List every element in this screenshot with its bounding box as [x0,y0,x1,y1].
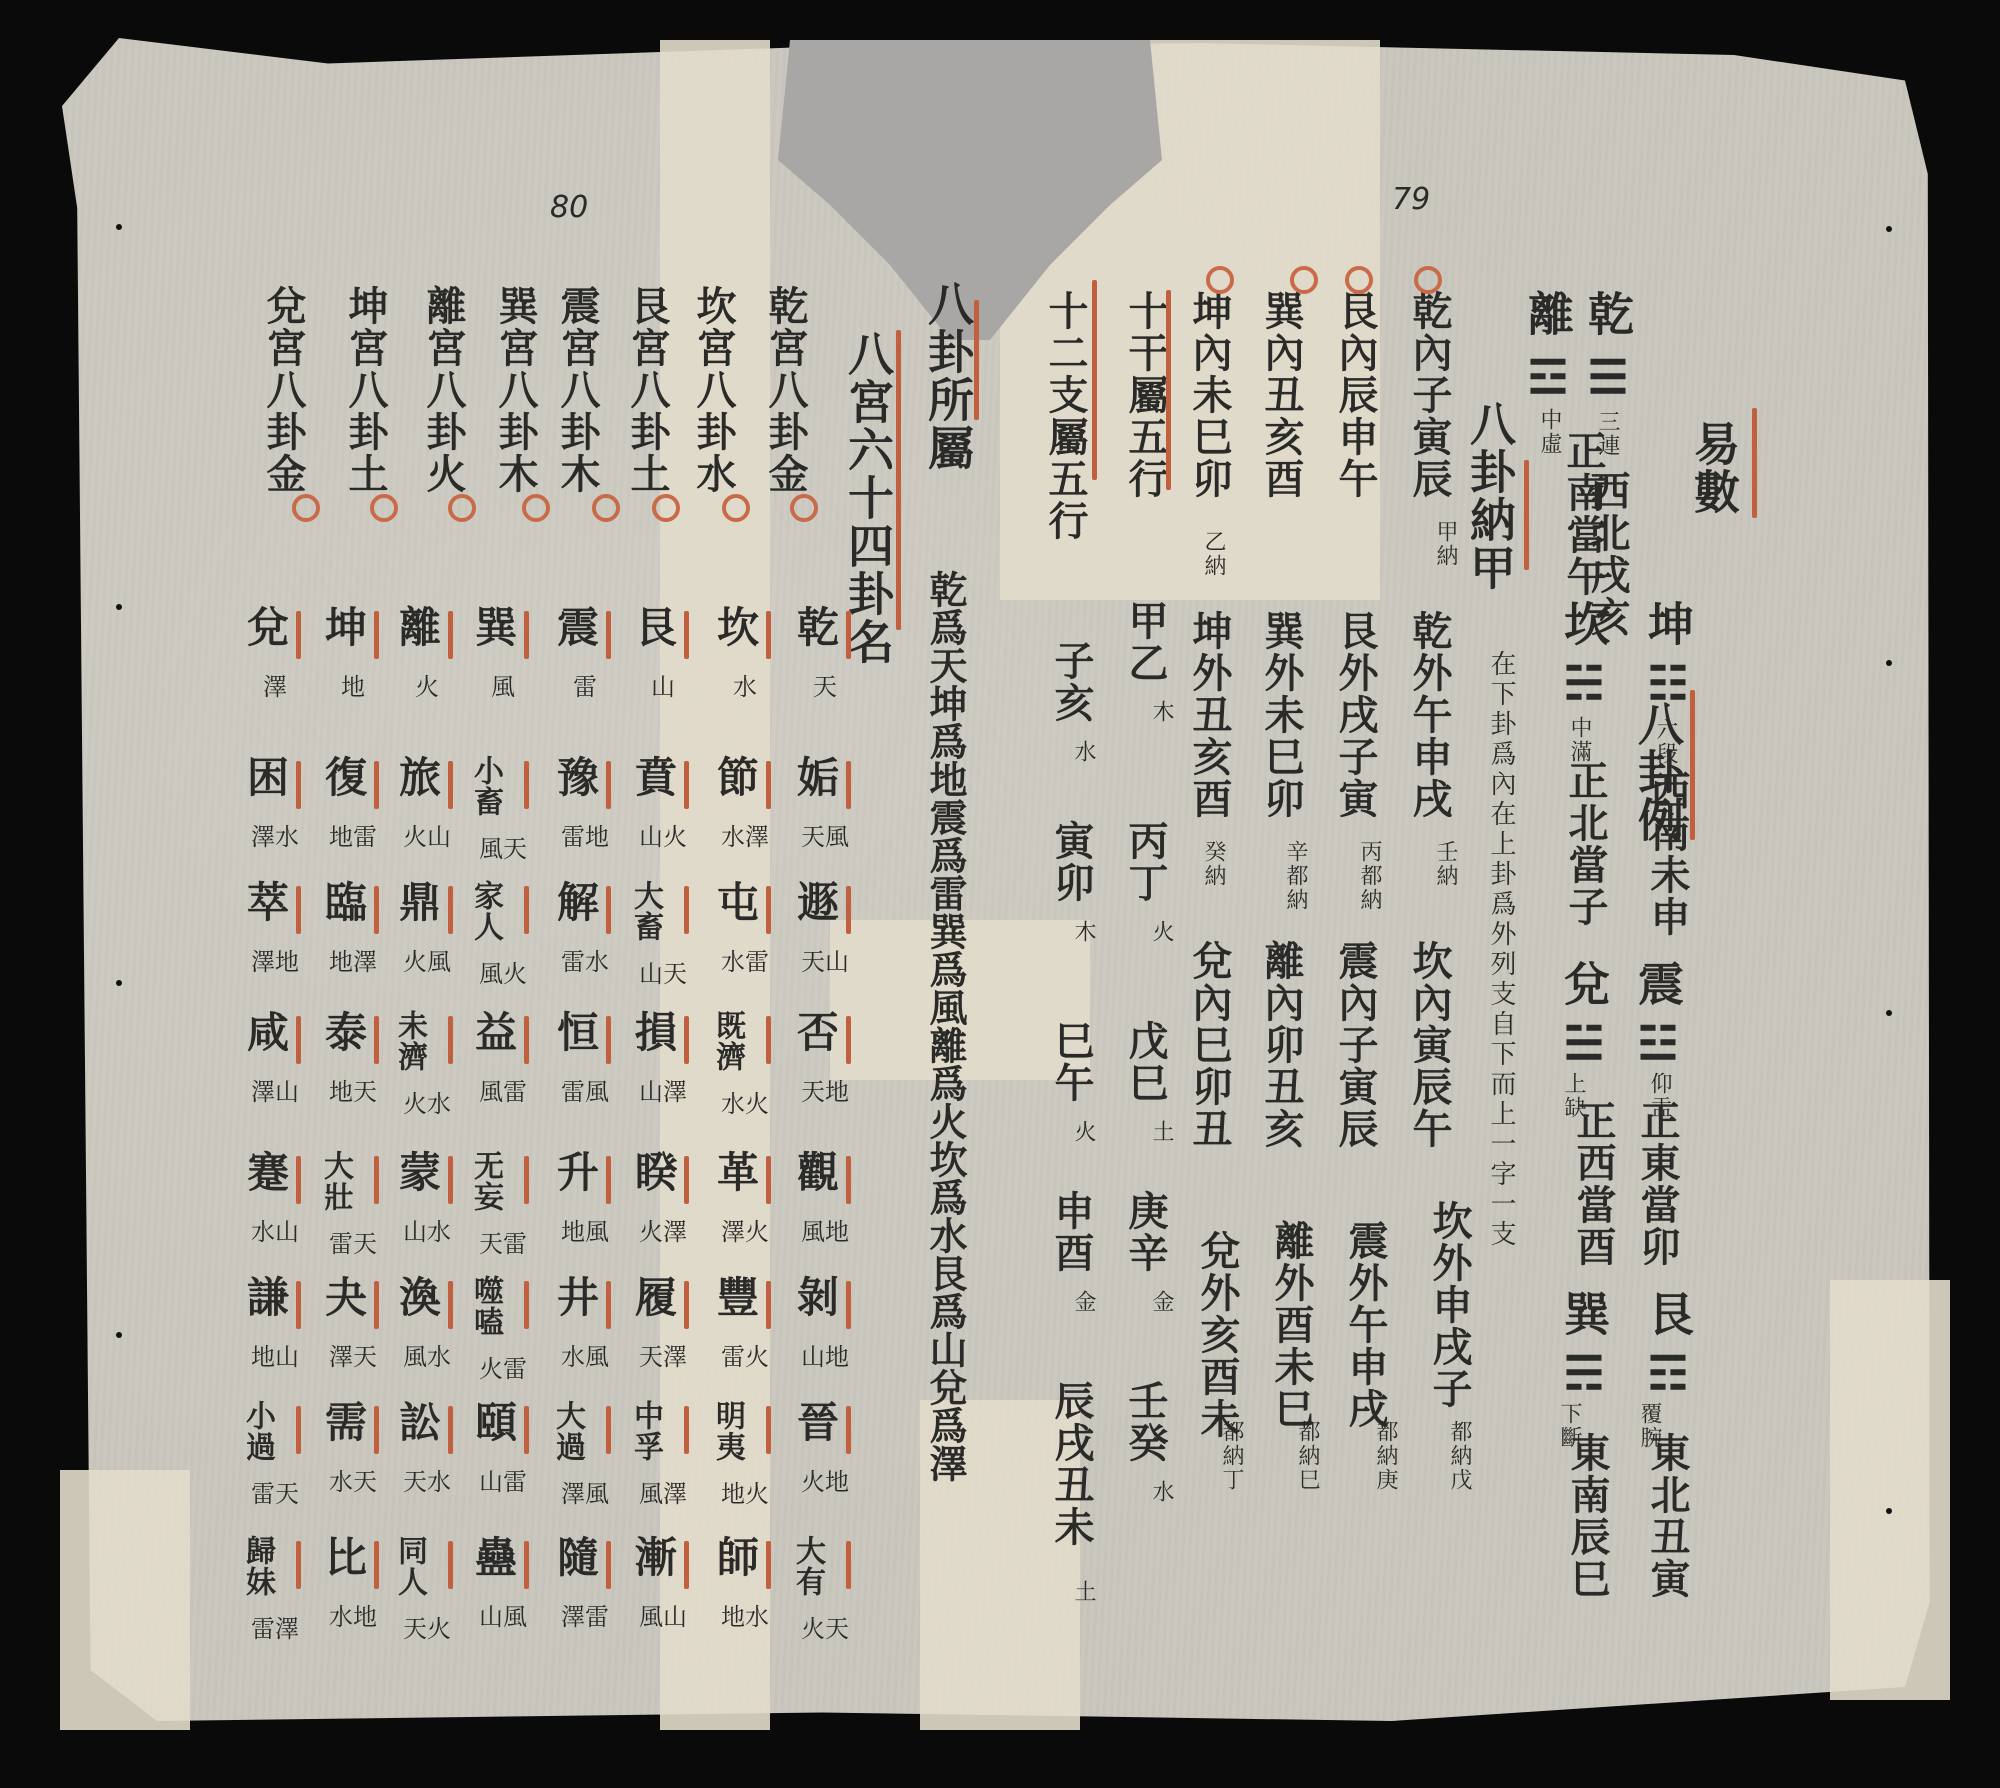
hexagram-trigrams: 山風 [468,1597,538,1632]
hexagram-name: 家人 [468,880,502,942]
section-heading-stems: 十干屬五行 [1120,290,1170,500]
hexagram-trigrams: 火澤 [628,1212,698,1247]
hexagram-cell: 謙地山 [240,1275,300,1318]
rubric-mark [606,1281,611,1329]
rubric-mark [524,1281,529,1329]
najia-na: 都納丁 [1218,1420,1244,1492]
hexagram-cell: 需水天 [318,1400,378,1443]
hexagram-cell: 剝山地 [790,1275,850,1318]
hexagram-name: 損 [628,1010,678,1053]
rubric-mark [524,761,529,809]
hexagram-trigrams: 水 [710,667,780,702]
hexagram-name: 蹇 [240,1150,290,1193]
rubric-mark [448,611,453,659]
rubric-mark [524,1156,529,1204]
hexagram-name: 坤 [318,605,368,648]
hexagram-cell: 節水澤 [710,755,770,798]
rubric-mark [296,886,301,934]
hexagram-name: 恒 [550,1010,600,1053]
hexagram-trigrams: 火地 [790,1462,860,1497]
rubric-mark [766,1541,771,1589]
hexagram-trigrams: 水地 [318,1597,388,1632]
rubric-mark [296,1016,301,1064]
hexagram-trigrams: 澤地 [240,942,310,977]
rubric-mark [766,611,771,659]
hexagram-name: 坎 [710,605,760,648]
hexagram-cell: 震雷 [550,605,610,648]
rubric-mark [448,1016,453,1064]
hexagram-trigrams: 風地 [790,1212,860,1247]
hexagram-trigrams: 風火 [468,954,538,989]
rubric-mark [766,761,771,809]
hexagram-cell: 渙風水 [392,1275,452,1318]
hexagram-cell: 大壯雷天 [318,1150,378,1212]
hexagram-trigrams: 地天 [318,1072,388,1107]
palace-zhen: 震宮八卦木 [552,285,602,495]
stem-element: 水 [1148,1480,1174,1504]
rubric-mark [766,1156,771,1204]
binding-hole [1886,1010,1892,1016]
rubric-circle [522,494,550,522]
rubric-mark [374,1156,379,1204]
hexagram-name: 鼎 [392,880,442,923]
hexagram-cell: 恒雷風 [550,1010,610,1053]
stem-element: 火 [1148,920,1174,944]
rubric-mark [684,1281,689,1329]
rubric-mark [448,761,453,809]
hexagram-trigrams: 山澤 [628,1072,698,1107]
hexagram-name: 歸妹 [240,1535,274,1597]
najia-na: 甲納 [1432,520,1458,568]
hexagram-cell: 觀風地 [790,1150,850,1193]
rubric-mark [374,761,379,809]
hexagram-name: 小過 [240,1400,274,1462]
rubric-mark [524,886,529,934]
rubric-mark [606,886,611,934]
najia-inner-gen: 艮內辰申午 [1330,290,1380,500]
hexagram-cell: 大有火天 [790,1535,850,1597]
hexagram-name: 復 [318,755,368,798]
najia-na: 丙都納 [1356,840,1382,912]
najia-explanation: 在下卦爲內在上卦爲外列支自下而上一字一支 [1486,650,1516,1250]
hexagram-trigrams: 天火 [392,1609,462,1644]
hexagram-cell: 屯水雷 [710,880,770,923]
hexagram-cell: 明夷地火 [710,1400,770,1462]
rubric-mark [684,886,689,934]
rubric-circle [790,494,818,522]
hexagram-trigrams: 火雷 [468,1349,538,1384]
palace-kun: 坤宮八卦土 [340,285,390,495]
najia-outer-kun: 坤外丑亥酉 [1184,610,1234,820]
hexagram-trigrams: 水火 [710,1084,780,1119]
hexagram-trigrams: 雷 [550,667,620,702]
hexagram-trigrams: 地水 [710,1597,780,1632]
hexagram-cell: 履天澤 [628,1275,688,1318]
palace-kan: 坎宮八卦水 [688,285,738,495]
hexagram-trigrams: 地澤 [318,942,388,977]
stem-element: 金 [1148,1290,1174,1314]
hexagram-trigrams: 澤水 [240,817,310,852]
hexagram-cell: 中孚風澤 [628,1400,688,1462]
rubric-mark [766,1406,771,1454]
repair-patch-right [1830,1280,1950,1700]
rubric-mark [448,1156,453,1204]
hexagram-trigrams: 山水 [392,1212,462,1247]
hexagram-name: 泰 [318,1010,368,1053]
hexagram-name: 井 [550,1275,600,1318]
binding-hole [116,604,122,610]
rubric-mark [766,886,771,934]
hexagram-name: 漸 [628,1535,678,1578]
hexagram-name: 大壯 [318,1150,352,1212]
rubric-circle [1414,266,1442,294]
rubric-mark [846,611,851,659]
rubric-mark [896,330,901,630]
rubric-mark [684,1541,689,1589]
hexagram-trigrams: 地火 [710,1474,780,1509]
hexagram-cell: 未濟火水 [392,1010,452,1072]
hexagram-cell: 歸妹雷澤 [240,1535,300,1597]
hexagram-cell: 漸風山 [628,1535,688,1578]
hexagram-trigrams: 山天 [628,954,698,989]
hexagram-cell: 離火 [392,605,452,648]
najia-na: 癸納 [1200,840,1226,888]
hexagram-name: 未濟 [392,1010,426,1072]
hexagram-trigrams: 天 [790,667,860,702]
hexagram-name: 革 [710,1150,760,1193]
rubric-circle [1345,266,1373,294]
branch-element: 金 [1070,1290,1096,1314]
branch-si-wu: 巳午 [1046,1020,1096,1104]
hexagram-cell: 師地水 [710,1535,770,1578]
rubric-mark [296,1281,301,1329]
hexagram-cell: 豫雷地 [550,755,610,798]
hexagram-name: 隨 [550,1535,600,1578]
branch-element: 水 [1070,740,1096,764]
hexagram-cell: 巽風 [468,605,528,648]
hexagram-cell: 萃澤地 [240,880,300,923]
rubric-mark [374,611,379,659]
hexagram-name: 蒙 [392,1150,442,1193]
rubric-circle [652,494,680,522]
hexagram-cell: 姤天風 [790,755,850,798]
hexagram-name: 師 [710,1535,760,1578]
branch-element: 土 [1070,1580,1096,1604]
najia-outer-dui: 兌外亥酉未 [1192,1230,1242,1440]
hexagram-name: 巽 [468,605,518,648]
hexagram-name: 困 [240,755,290,798]
binding-hole [1886,226,1892,232]
hexagram-cell: 大畜山天 [628,880,688,942]
najia-outer-xun: 巽外未巳卯 [1256,610,1306,820]
branch-chen-xu-chou-wei: 辰戌丑未 [1046,1380,1096,1548]
rubric-mark [846,761,851,809]
document-title: 易數 [1686,420,1742,516]
rubric-mark [606,1156,611,1204]
rubric-mark [374,886,379,934]
rubric-mark [684,611,689,659]
hexagram-cell: 坎水 [710,605,770,648]
hexagram-cell: 訟天水 [392,1400,452,1443]
hexagram-cell: 夬澤天 [318,1275,378,1318]
hexagram-trigrams: 風澤 [628,1474,698,1509]
palace-li: 離宮八卦火 [418,285,468,495]
hexagram-name: 渙 [392,1275,442,1318]
hexagram-name: 比 [318,1535,368,1578]
hexagram-cell: 泰地天 [318,1010,378,1053]
rubric-mark [846,1016,851,1064]
hexagram-name: 震 [550,605,600,648]
rubric-mark [766,1016,771,1064]
rubric-mark [606,1016,611,1064]
hexagram-cell: 豐雷火 [710,1275,770,1318]
hexagram-cell: 頤山雷 [468,1400,528,1443]
hexagram-name: 旅 [392,755,442,798]
hexagram-name: 无妄 [468,1150,502,1212]
najia-na: 都納庚 [1372,1420,1398,1492]
hexagram-cell: 蹇水山 [240,1150,300,1193]
hexagram-cell: 革澤火 [710,1150,770,1193]
hexagram-name: 明夷 [710,1400,744,1462]
hexagram-trigrams: 風 [468,667,538,702]
hexagram-trigrams: 風山 [628,1597,698,1632]
najia-na: 辛都納 [1282,840,1308,912]
najia-outer-gen: 艮外戌子寅 [1330,610,1380,820]
repair-patch-bottom-left [60,1470,190,1730]
hexagram-trigrams: 水天 [318,1462,388,1497]
rubric-mark [448,1406,453,1454]
hexagram-name: 升 [550,1150,600,1193]
palace-dui: 兌宮八卦金 [258,285,308,495]
hexagram-trigrams: 澤山 [240,1072,310,1107]
hexagram-cell: 坤地 [318,605,378,648]
hexagram-name: 屯 [710,880,760,923]
hexagram-name: 乾 [790,605,840,648]
palace-xun: 巽宮八卦木 [490,285,540,495]
hexagram-name: 履 [628,1275,678,1318]
hexagram-name: 大有 [790,1535,824,1597]
rubric-mark [1752,408,1757,518]
rubric-mark [766,1281,771,1329]
hexagram-trigrams: 地 [318,667,388,702]
rubric-mark [684,1156,689,1204]
hexagram-cell: 比水地 [318,1535,378,1578]
najia-inner-li: 離內卯丑亥 [1256,940,1306,1150]
hexagram-trigrams: 雷地 [550,817,620,852]
rubric-mark [1166,290,1171,490]
palace-gen: 艮宮八卦土 [622,285,672,495]
hexagram-name: 剝 [790,1275,840,1318]
rubric-mark [606,1406,611,1454]
rubric-mark [448,886,453,934]
hexagram-trigrams: 山雷 [468,1462,538,1497]
stem-geng-xin: 庚辛 [1120,1190,1170,1274]
hexagram-trigrams: 山火 [628,817,698,852]
branch-element: 木 [1070,920,1096,944]
rubric-mark [296,1541,301,1589]
hexagram-cell: 旅火山 [392,755,452,798]
hexagram-cell: 蒙山水 [392,1150,452,1193]
page-number-left: 80 [550,190,588,225]
hexagram-trigrams: 雷澤 [240,1609,310,1644]
hexagram-name: 臨 [318,880,368,923]
palace-qian: 乾宮八卦金 [760,285,810,495]
rubric-mark [606,761,611,809]
hexagram-cell: 睽火澤 [628,1150,688,1193]
najia-inner-kun: 坤內未巳卯 [1184,290,1234,500]
hexagram-trigrams: 澤 [240,667,310,702]
rubric-mark [606,611,611,659]
branch-yin-mao: 寅卯 [1046,820,1096,904]
hexagram-trigrams: 火水 [392,1084,462,1119]
hexagram-cell: 隨澤雷 [550,1535,610,1578]
hexagram-name: 既濟 [710,1010,744,1072]
trigram-attributions: 乾爲天坤爲地震爲雷巽爲風離爲火坎爲水艮爲山兌爲澤 [920,570,970,1482]
najia-inner-qian: 乾內子寅辰 [1404,290,1454,500]
hexagram-name: 蠱 [468,1535,518,1578]
hexagram-cell: 大過澤風 [550,1400,610,1462]
najia-outer-kan: 坎外申戌子 [1424,1200,1474,1410]
hexagram-trigrams: 風水 [392,1337,462,1372]
rubric-circle [370,494,398,522]
hexagram-name: 豐 [710,1275,760,1318]
hexagram-cell: 乾天 [790,605,850,648]
hexagram-cell: 解雷水 [550,880,610,923]
hexagram-cell: 晉火地 [790,1400,850,1443]
rubric-mark [684,1016,689,1064]
hexagram-cell: 損山澤 [628,1010,688,1053]
hexagram-name: 兌 [240,605,290,648]
hexagram-cell: 无妄天雷 [468,1150,528,1212]
hexagram-cell: 臨地澤 [318,880,378,923]
hexagram-trigrams: 雷風 [550,1072,620,1107]
rubric-mark [606,1541,611,1589]
hexagram-cell: 艮山 [628,605,688,648]
hexagram-name: 益 [468,1010,518,1053]
hexagram-cell: 鼎火風 [392,880,452,923]
hexagram-name: 中孚 [628,1400,662,1462]
hexagram-name: 離 [392,605,442,648]
hexagram-trigrams: 澤火 [710,1212,780,1247]
hexagram-name: 晉 [790,1400,840,1443]
najia-inner-xun: 巽內丑亥酉 [1256,290,1306,500]
section-heading-branches: 十二支屬五行 [1040,290,1090,542]
hexagram-name: 訟 [392,1400,442,1443]
hexagram-name: 賁 [628,755,678,798]
hexagram-name: 同人 [392,1535,426,1597]
hexagram-name: 觀 [790,1150,840,1193]
rubric-mark [846,886,851,934]
rubric-mark [846,1281,851,1329]
rubric-mark [524,1016,529,1064]
hexagram-cell: 賁山火 [628,755,688,798]
hexagram-cell: 既濟水火 [710,1010,770,1072]
rubric-circle [1206,266,1234,294]
hexagram-name: 節 [710,755,760,798]
page-number-right: 79 [1392,182,1430,217]
rubric-mark [296,761,301,809]
hexagram-cell: 否天地 [790,1010,850,1053]
najia-inner-kan: 坎內寅辰午 [1404,940,1454,1150]
rubric-mark [684,761,689,809]
rubric-circle [1290,266,1318,294]
hexagram-name: 遯 [790,880,840,923]
rubric-mark [374,1541,379,1589]
hexagram-name: 謙 [240,1275,290,1318]
hexagram-trigrams: 火風 [392,942,462,977]
hexagram-cell: 兌澤 [240,605,300,648]
stem-jia-yi: 甲乙 [1120,600,1170,684]
najia-na: 壬納 [1432,840,1458,888]
hexagram-cell: 復地雷 [318,755,378,798]
branch-shen-you: 申酉 [1046,1190,1096,1274]
hexagram-trigrams: 地雷 [318,817,388,852]
hexagram-trigrams: 雷火 [710,1337,780,1372]
hexagram-cell: 井水風 [550,1275,610,1318]
rubric-circle [292,494,320,522]
hexagram-cell: 同人天火 [392,1535,452,1597]
rubric-mark [296,611,301,659]
hexagram-trigrams: 火 [392,667,462,702]
rubric-mark [296,1406,301,1454]
rubric-circle [448,494,476,522]
hexagram-name: 否 [790,1010,840,1053]
hexagram-cell: 噬嗑火雷 [468,1275,528,1337]
hexagram-name: 噬嗑 [468,1275,502,1337]
stem-ren-gui: 壬癸 [1120,1380,1170,1464]
najia-outer-li: 離外酉未巳 [1266,1220,1316,1430]
binding-hole [116,980,122,986]
hexagram-cell: 益風雷 [468,1010,528,1053]
binding-hole [116,1332,122,1338]
hexagram-trigrams: 火天 [790,1609,860,1644]
hexagram-trigrams: 山 [628,667,698,702]
rubric-circle [722,494,750,522]
hexagram-trigrams: 水風 [550,1337,620,1372]
hexagram-trigrams: 雷天 [240,1474,310,1509]
rubric-mark [296,1156,301,1204]
hexagram-trigrams: 天雷 [468,1224,538,1259]
rubric-circle [592,494,620,522]
branch-element: 火 [1070,1120,1096,1144]
hexagram-trigrams: 天山 [790,942,860,977]
binding-hole [116,224,122,230]
hexagram-trigrams: 澤天 [318,1337,388,1372]
stem-wu-ji: 戊巳 [1120,1020,1170,1104]
rubric-mark [846,1156,851,1204]
najia-outer-zhen: 震外午申戌 [1340,1220,1390,1430]
hexagram-name: 艮 [628,605,678,648]
hexagram-trigrams: 山地 [790,1337,860,1372]
stem-element: 土 [1148,1120,1174,1144]
hexagram-trigrams: 天水 [392,1462,462,1497]
rubric-mark [448,1281,453,1329]
najia-na: 乙納 [1200,530,1226,578]
hexagram-trigrams: 天地 [790,1072,860,1107]
rubric-mark [846,1406,851,1454]
hexagram-name: 大畜 [628,880,662,942]
hexagram-cell: 小過雷天 [240,1400,300,1462]
hexagram-name: 睽 [628,1150,678,1193]
hexagram-trigrams: 澤風 [550,1474,620,1509]
hexagram-name: 大過 [550,1400,584,1462]
rubric-mark [684,1406,689,1454]
najia-inner-dui: 兌內巳卯丑 [1184,940,1234,1150]
hexagram-trigrams: 地山 [240,1337,310,1372]
binding-hole [1886,660,1892,666]
section-heading-attributions: 八卦所屬 [920,280,976,472]
najia-inner-zhen: 震內子寅辰 [1330,940,1380,1150]
